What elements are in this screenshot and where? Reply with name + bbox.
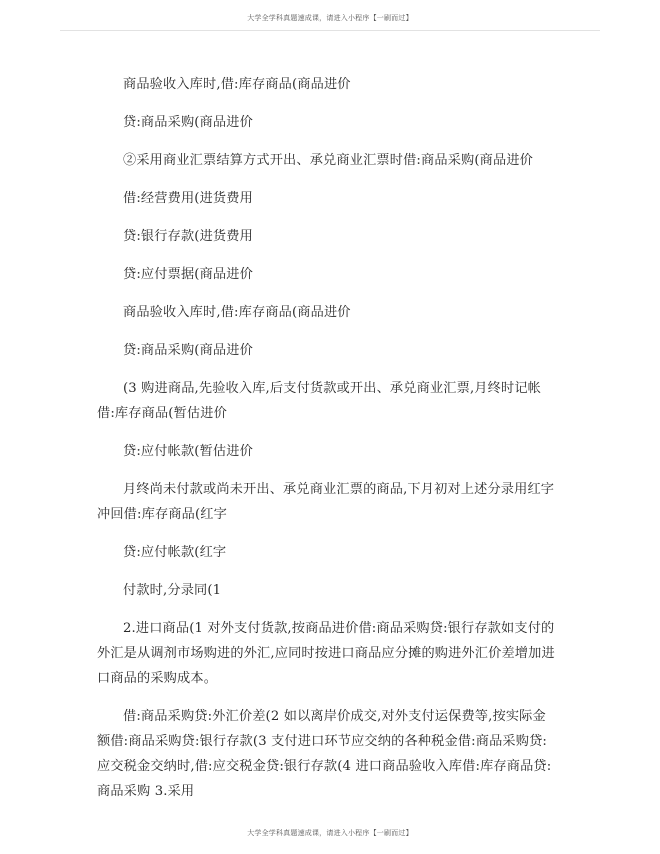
paragraph: 2.进口商品(1 对外支付货款,按商品进价借:商品采购贷:银行存款如支付的外汇是… [97,616,557,691]
paragraph: ②采用商业汇票结算方式开出、承兑商业汇票时借:商品采购(商品进价 [97,148,557,173]
paragraph: 月终尚未付款或尚未开出、承兑商业汇票的商品,下月初对上述分录用红字冲回借:库存商… [97,477,557,527]
paragraph: 贷:银行存款(进货费用 [97,224,557,249]
paragraph: 贷:应付帐款(暂估进价 [97,439,557,464]
paragraph: 付款时,分录同(1 [97,578,557,603]
paragraph: 借:商品采购贷:外汇价差(2 如以离岸价成交,对外支付运保费等,按实际金额借:商… [97,704,557,804]
paragraph: 借:经营费用(进货费用 [97,186,557,211]
paragraph: 贷:商品采购(商品进价 [97,110,557,135]
paragraph: 贷:商品采购(商品进价 [97,338,557,363]
header-text: 大学全学科真题速成课，请进入小程序【一刷而过】 [60,13,600,23]
paragraph: (3 购进商品,先验收入库,后支付货款或开出、承兑商业汇票,月终时记帐借:库存商… [97,376,557,426]
footer-text: 大学全学科真题速成课，请进入小程序【一刷而过】 [247,829,413,837]
page-footer: 大学全学科真题速成课，请进入小程序【一刷而过】 [60,828,600,838]
paragraph: 商品验收入库时,借:库存商品(商品进价 [97,300,557,325]
paragraph: 贷:应付票据(商品进价 [97,262,557,287]
page-header: 大学全学科真题速成课，请进入小程序【一刷而过】 [60,0,600,31]
paragraph: 商品验收入库时,借:库存商品(商品进价 [97,72,557,97]
document-body: 商品验收入库时,借:库存商品(商品进价 贷:商品采购(商品进价 ②采用商业汇票结… [97,72,557,817]
paragraph: 贷:应付帐款(红字 [97,540,557,565]
